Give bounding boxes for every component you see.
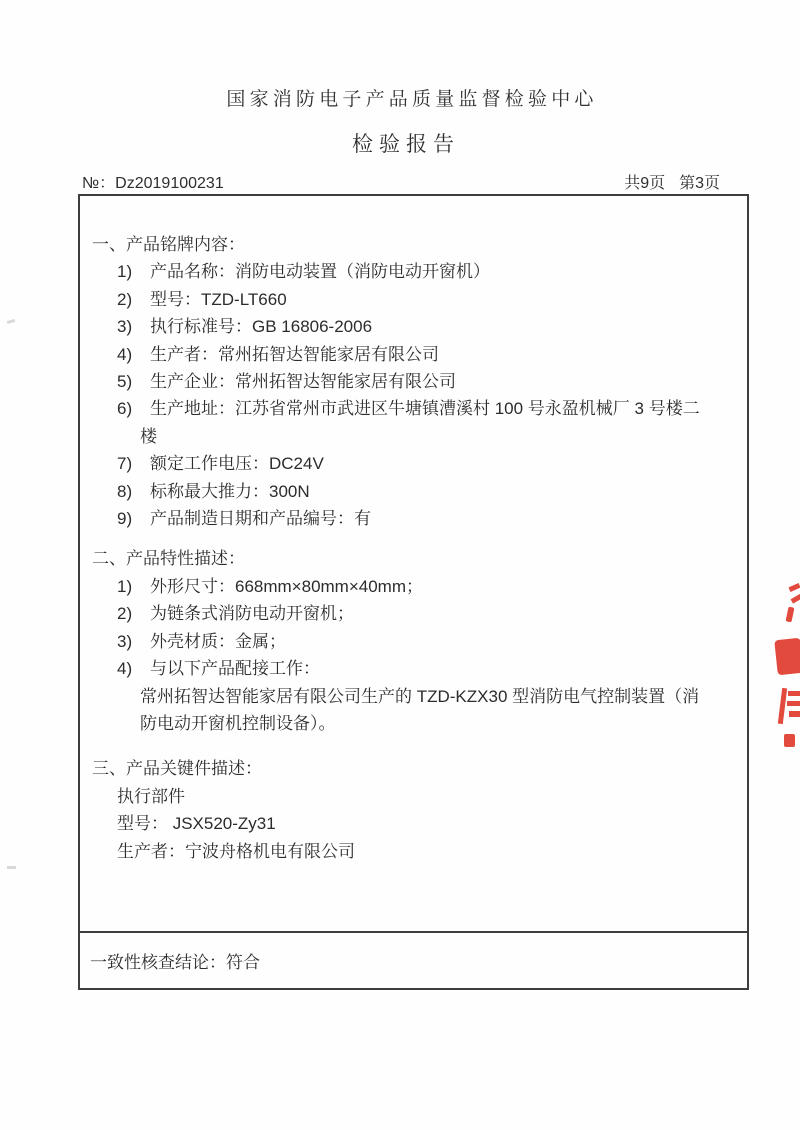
report-content-box: 一、产品铭牌内容： 1) 产品名称：消防电动装置（消防电动开窗机） 2) 型号：… [78,194,749,990]
item-number: 5) [117,368,150,395]
item-text: 与以下产品配接工作： [150,655,731,682]
list-item: 1) 产品名称：消防电动装置（消防电动开窗机） [92,258,731,285]
red-seal-fragment [789,711,800,717]
list-item: 5) 生产企业：常州拓智达智能家居有限公司 [92,368,731,395]
item-number: 3) [117,313,150,340]
item-number: 2) [117,600,150,627]
section-line: 执行部件 [92,783,731,810]
report-title: 检验报告 [0,128,800,158]
list-item: 4) 与以下产品配接工作： [92,655,731,682]
section-heading: 二、产品特性描述： [92,545,731,572]
conformity-conclusion-row: 一致性核查结论：符合 [80,931,747,988]
item-text: 生产地址：江苏省常州市武进区牛塘镇漕溪村 100 号永盈机械厂 3 号楼二 [150,395,731,422]
item-text: 外壳材质：金属； [150,628,731,655]
item-text: 标称最大推力：300N [150,478,731,505]
item-text-continuation: 常州拓智达智能家居有限公司生产的 TZD-KZX30 型消防电气控制装置（消 [92,683,731,710]
red-seal-fragment [778,688,787,724]
page-total: 共9页 [624,175,665,192]
report-number-label: №： [82,175,115,192]
list-item: 2) 型号：TZD-LT660 [92,286,731,313]
list-item: 1) 外形尺寸：668mm×80mm×40mm； [92,573,731,600]
report-number: №：Dz2019100231 [82,170,224,193]
report-number-value: Dz2019100231 [115,175,224,192]
item-text: 产品制造日期和产品编号：有 [150,505,731,532]
scan-artifact [7,319,16,324]
section-line: 型号： JSX520-Zy31 [92,810,731,837]
item-text: 外形尺寸：668mm×80mm×40mm； [150,573,731,600]
item-number: 8) [117,478,150,505]
section-heading: 三、产品关键件描述： [92,755,731,782]
page-current: 第3页 [679,175,720,192]
item-number: 4) [117,341,150,368]
section-characteristics: 二、产品特性描述： 1) 外形尺寸：668mm×80mm×40mm； 2) 为链… [92,545,731,737]
item-number: 1) [117,258,150,285]
item-text: 额定工作电压：DC24V [150,450,731,477]
section-heading: 一、产品铭牌内容： [92,231,731,258]
meta-row: №：Dz2019100231 共9页第3页 [82,170,720,193]
document-page: 国家消防电子产品质量监督检验中心 检验报告 №：Dz2019100231 共9页… [0,0,800,1130]
item-number: 4) [117,655,150,682]
red-seal-fragment [788,691,800,696]
section-nameplate: 一、产品铭牌内容： 1) 产品名称：消防电动装置（消防电动开窗机） 2) 型号：… [92,231,731,532]
item-text-continuation: 楼 [92,423,731,450]
section-line: 生产者：宁波舟格机电有限公司 [92,838,731,865]
item-number: 6) [117,395,150,422]
item-text: 生产者：常州拓智达智能家居有限公司 [150,341,731,368]
list-item: 9) 产品制造日期和产品编号：有 [92,505,731,532]
list-item: 4) 生产者：常州拓智达智能家居有限公司 [92,341,731,368]
list-item: 6) 生产地址：江苏省常州市武进区牛塘镇漕溪村 100 号永盈机械厂 3 号楼二 [92,395,731,422]
red-seal-fragment [784,734,795,747]
scan-artifact [7,866,16,869]
red-seal-fragment [786,607,795,623]
red-seal-fragment [787,701,800,706]
section-key-components: 三、产品关键件描述： 执行部件 型号： JSX520-Zy31 生产者：宁波舟格… [92,755,731,865]
list-item: 3) 执行标准号：GB 16806-2006 [92,313,731,340]
item-text-continuation: 防电动开窗机控制设备）。 [92,710,731,737]
list-item: 3) 外壳材质：金属； [92,628,731,655]
item-number: 3) [117,628,150,655]
item-number: 1) [117,573,150,600]
org-name: 国家消防电子产品质量监督检验中心 [0,84,800,111]
item-number: 9) [117,505,150,532]
conformity-conclusion-text: 一致性核查结论：符合 [90,948,260,973]
item-number: 2) [117,286,150,313]
item-text: 执行标准号：GB 16806-2006 [150,313,731,340]
item-text: 产品名称：消防电动装置（消防电动开窗机） [150,258,731,285]
red-seal-fragment [788,583,800,592]
red-seal-fragment [774,638,800,676]
item-text: 为链条式消防电动开窗机； [150,600,731,627]
list-item: 2) 为链条式消防电动开窗机； [92,600,731,627]
list-item: 8) 标称最大推力：300N [92,478,731,505]
item-text: 型号：TZD-LT660 [150,286,731,313]
item-number: 7) [117,450,150,477]
list-item: 7) 额定工作电压：DC24V [92,450,731,477]
page-indicator: 共9页第3页 [624,170,720,193]
item-text: 生产企业：常州拓智达智能家居有限公司 [150,368,731,395]
red-seal-fragment [791,593,800,603]
report-body: 一、产品铭牌内容： 1) 产品名称：消防电动装置（消防电动开窗机） 2) 型号：… [80,196,747,931]
